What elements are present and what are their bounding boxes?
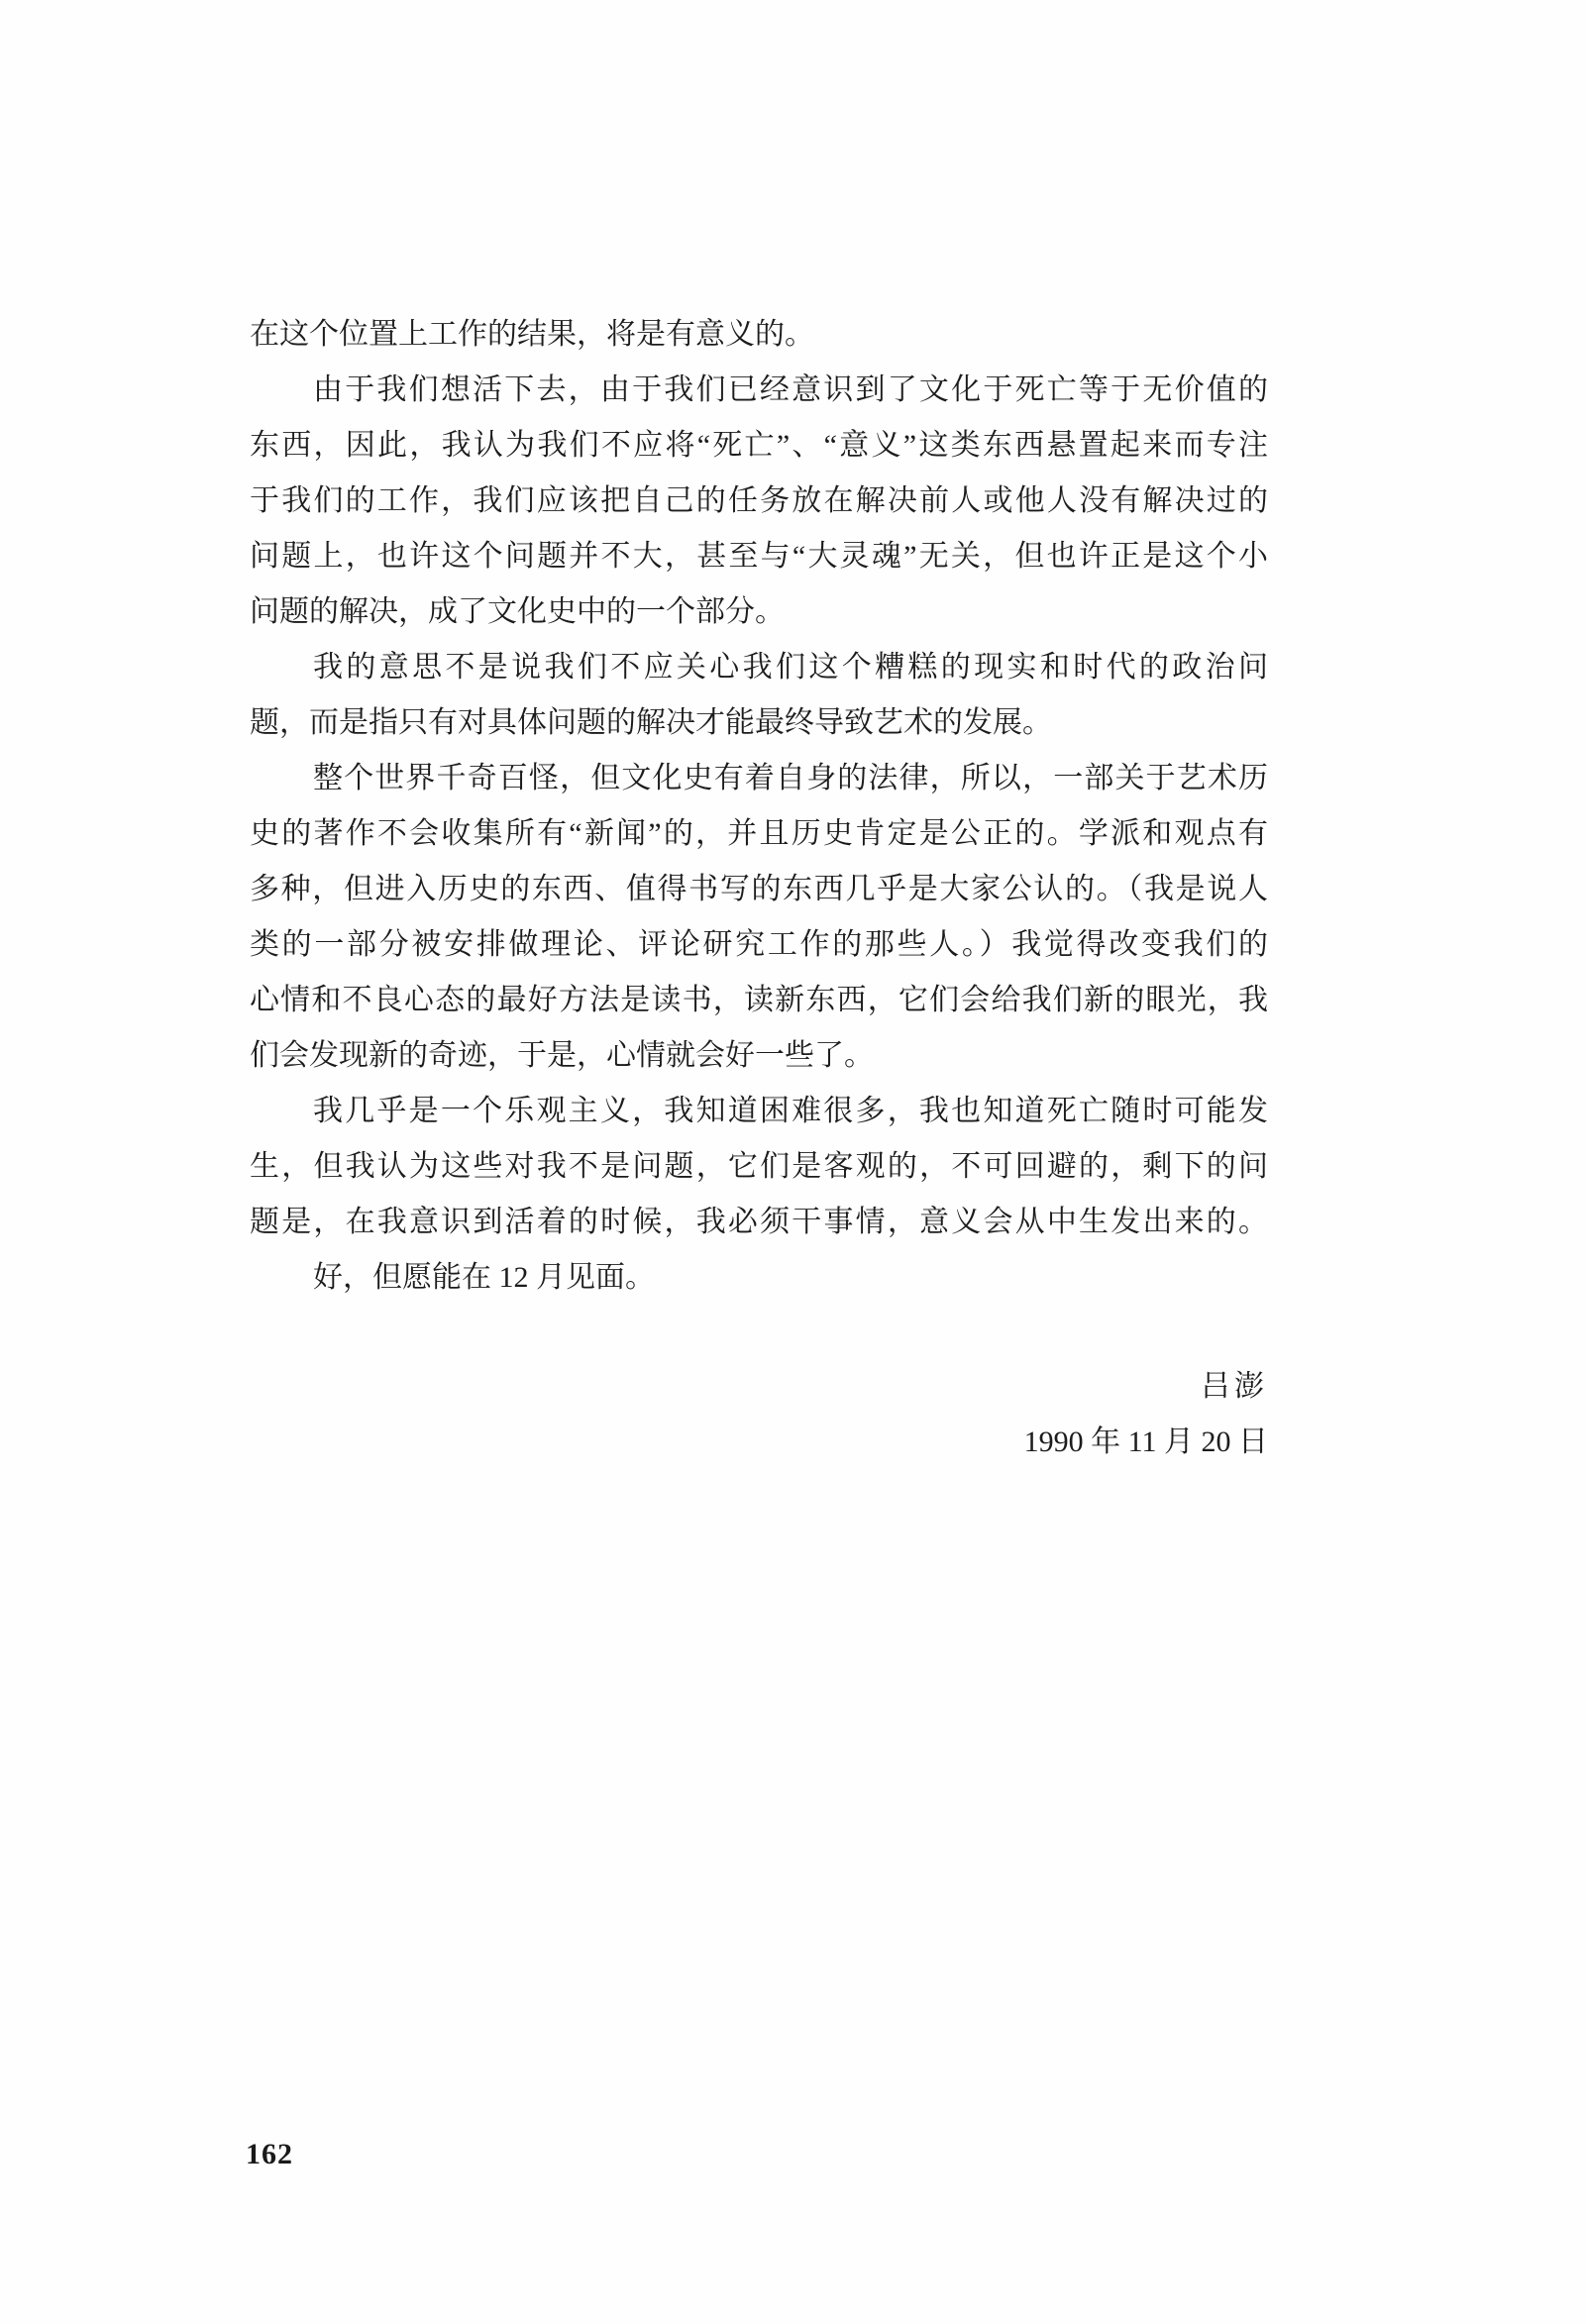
letter-line: 好，但愿能在 12 月见面。 xyxy=(250,1250,1268,1306)
letter-line: 问题上，也许这个问题并不大，甚至与“大灵魂”无关，但也许正是这个小 xyxy=(250,529,1268,584)
letter-line: 问题的解决，成了文化史中的一个部分。 xyxy=(250,584,1268,640)
letter-line: 题是，在我意识到活着的时候，我必须干事情，意义会从中生发出来的。 xyxy=(250,1195,1268,1250)
letter-line: 们会发现新的奇迹，于是，心情就会好一些了。 xyxy=(250,1028,1268,1084)
letter-line: 于我们的工作，我们应该把自己的任务放在解决前人或他人没有解决过的 xyxy=(250,474,1268,529)
page-number: 162 xyxy=(246,2138,293,2171)
letter-line: 心情和不良心态的最好方法是读书，读新东西，它们会给我们新的眼光，我 xyxy=(250,973,1268,1028)
letter-line: 由于我们想活下去，由于我们已经意识到了文化于死亡等于无价值的 xyxy=(250,363,1268,418)
letter-line: 东西，因此，我认为我们不应将“死亡”、“意义”这类东西悬置起来而专注 xyxy=(250,418,1268,474)
letter-line: 我几乎是一个乐观主义，我知道困难很多，我也知道死亡随时可能发 xyxy=(250,1084,1268,1139)
letter-text-block: 在这个位置上工作的结果，将是有意义的。 由于我们想活下去，由于我们已经意识到了文… xyxy=(250,307,1268,1306)
letter-line: 整个世界千奇百怪，但文化史有着自身的法律，所以，一部关于艺术历 xyxy=(250,751,1268,806)
letter-line: 多种，但进入历史的东西、值得书写的东西几乎是大家公认的。（我是说人 xyxy=(250,862,1268,917)
book-page: 在这个位置上工作的结果，将是有意义的。 由于我们想活下去，由于我们已经意识到了文… xyxy=(0,0,1585,2324)
letter-line: 在这个位置上工作的结果，将是有意义的。 xyxy=(250,307,1268,363)
signature-date: 1990 年 11 月 20 日 xyxy=(250,1415,1268,1470)
letter-line: 我的意思不是说我们不应关心我们这个糟糕的现实和时代的政治问 xyxy=(250,640,1268,695)
letter-line: 生，但我认为这些对我不是问题，它们是客观的，不可回避的，剩下的问 xyxy=(250,1139,1268,1195)
letter-signoff: 吕澎 1990 年 11 月 20 日 xyxy=(250,1359,1268,1470)
letter-line: 史的著作不会收集所有“新闻”的，并且历史肯定是公正的。学派和观点有 xyxy=(250,806,1268,862)
signature-name: 吕澎 xyxy=(250,1359,1268,1415)
letter-line: 题，而是指只有对具体问题的解决才能最终导致艺术的发展。 xyxy=(250,695,1268,751)
letter-line: 类的一部分被安排做理论、评论研究工作的那些人。）我觉得改变我们的 xyxy=(250,917,1268,973)
